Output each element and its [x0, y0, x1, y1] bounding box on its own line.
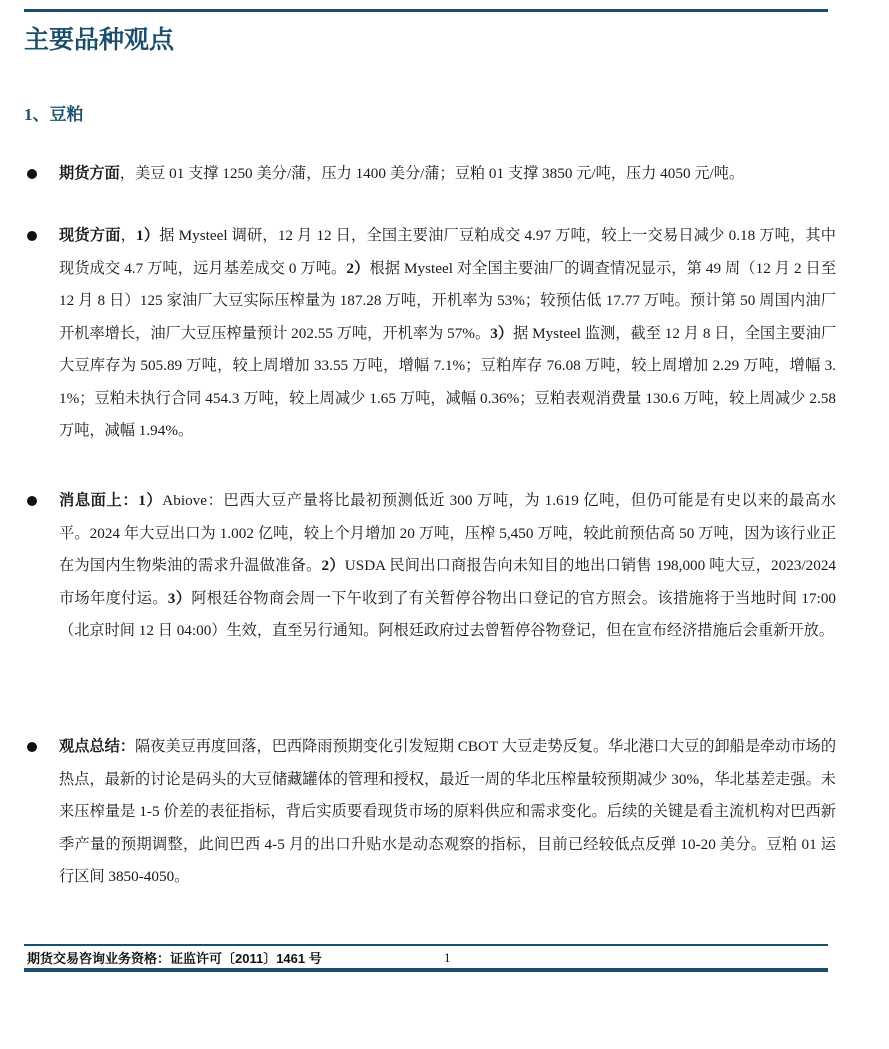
bullet-segment-number: 3）: [168, 590, 191, 607]
bullet-lead: 观点总结：: [59, 738, 135, 755]
bullet-segment-number: 2）: [346, 260, 369, 277]
bullet-segment: ，美豆 01 支撑 1250 美分/蒲，压力 1400 美分/蒲；豆粕 01 支…: [120, 165, 744, 182]
page-number: 1: [444, 950, 451, 966]
bullet-segment-number: 2）: [321, 557, 344, 574]
bullet-dot-icon: [27, 496, 37, 506]
bullet-dot-icon: [27, 231, 37, 241]
bullet-lead: 期货方面: [59, 165, 120, 182]
bullet-summary: 观点总结：隔夜美豆再度回落，巴西降雨预期变化引发短期 CBOT 大豆走势反复。华…: [24, 731, 836, 894]
bullet-dot-icon: [27, 742, 37, 752]
bullet-segment-number: 3）: [490, 325, 513, 342]
bullet-spot: 现货方面，1）据 Mysteel 调研，12 月 12 日，全国主要油厂豆粕成交…: [24, 220, 836, 448]
bullet-news-text: 消息面上：1）Abiove：巴西大豆产量将比最初预测低近 300 万吨，为 1.…: [59, 485, 836, 648]
bullet-dot-icon: [27, 169, 37, 179]
bullet-summary-text: 观点总结：隔夜美豆再度回落，巴西降雨预期变化引发短期 CBOT 大豆走势反复。华…: [59, 731, 836, 894]
bullet-segment: ，: [121, 227, 136, 244]
bullet-news: 消息面上：1）Abiove：巴西大豆产量将比最初预测低近 300 万吨，为 1.…: [24, 485, 836, 648]
bullet-spot-text: 现货方面，1）据 Mysteel 调研，12 月 12 日，全国主要油厂豆粕成交…: [59, 220, 836, 448]
page-title: 主要品种观点: [24, 20, 174, 56]
header-rule: [24, 9, 828, 12]
bullet-lead: 消息面上：: [59, 492, 138, 509]
bullet-segment-number: 1）: [138, 492, 162, 509]
footer-qualification: 期货交易咨询业务资格：证监许可〔2011〕1461 号: [27, 948, 322, 967]
bullet-lead: 现货方面: [59, 227, 121, 244]
bullet-futures: 期货方面，美豆 01 支撑 1250 美分/蒲，压力 1400 美分/蒲；豆粕 …: [24, 158, 836, 191]
bullet-segment-number: 1）: [136, 227, 159, 244]
bullet-futures-text: 期货方面，美豆 01 支撑 1250 美分/蒲，压力 1400 美分/蒲；豆粕 …: [59, 158, 836, 191]
footer-rule-bottom: [24, 968, 828, 972]
bullet-segment: 隔夜美豆再度回落，巴西降雨预期变化引发短期 CBOT 大豆走势反复。华北港口大豆…: [59, 738, 836, 885]
footer-rule-top: [24, 944, 828, 946]
section-heading-soybean-meal: 1、豆粕: [24, 100, 84, 125]
